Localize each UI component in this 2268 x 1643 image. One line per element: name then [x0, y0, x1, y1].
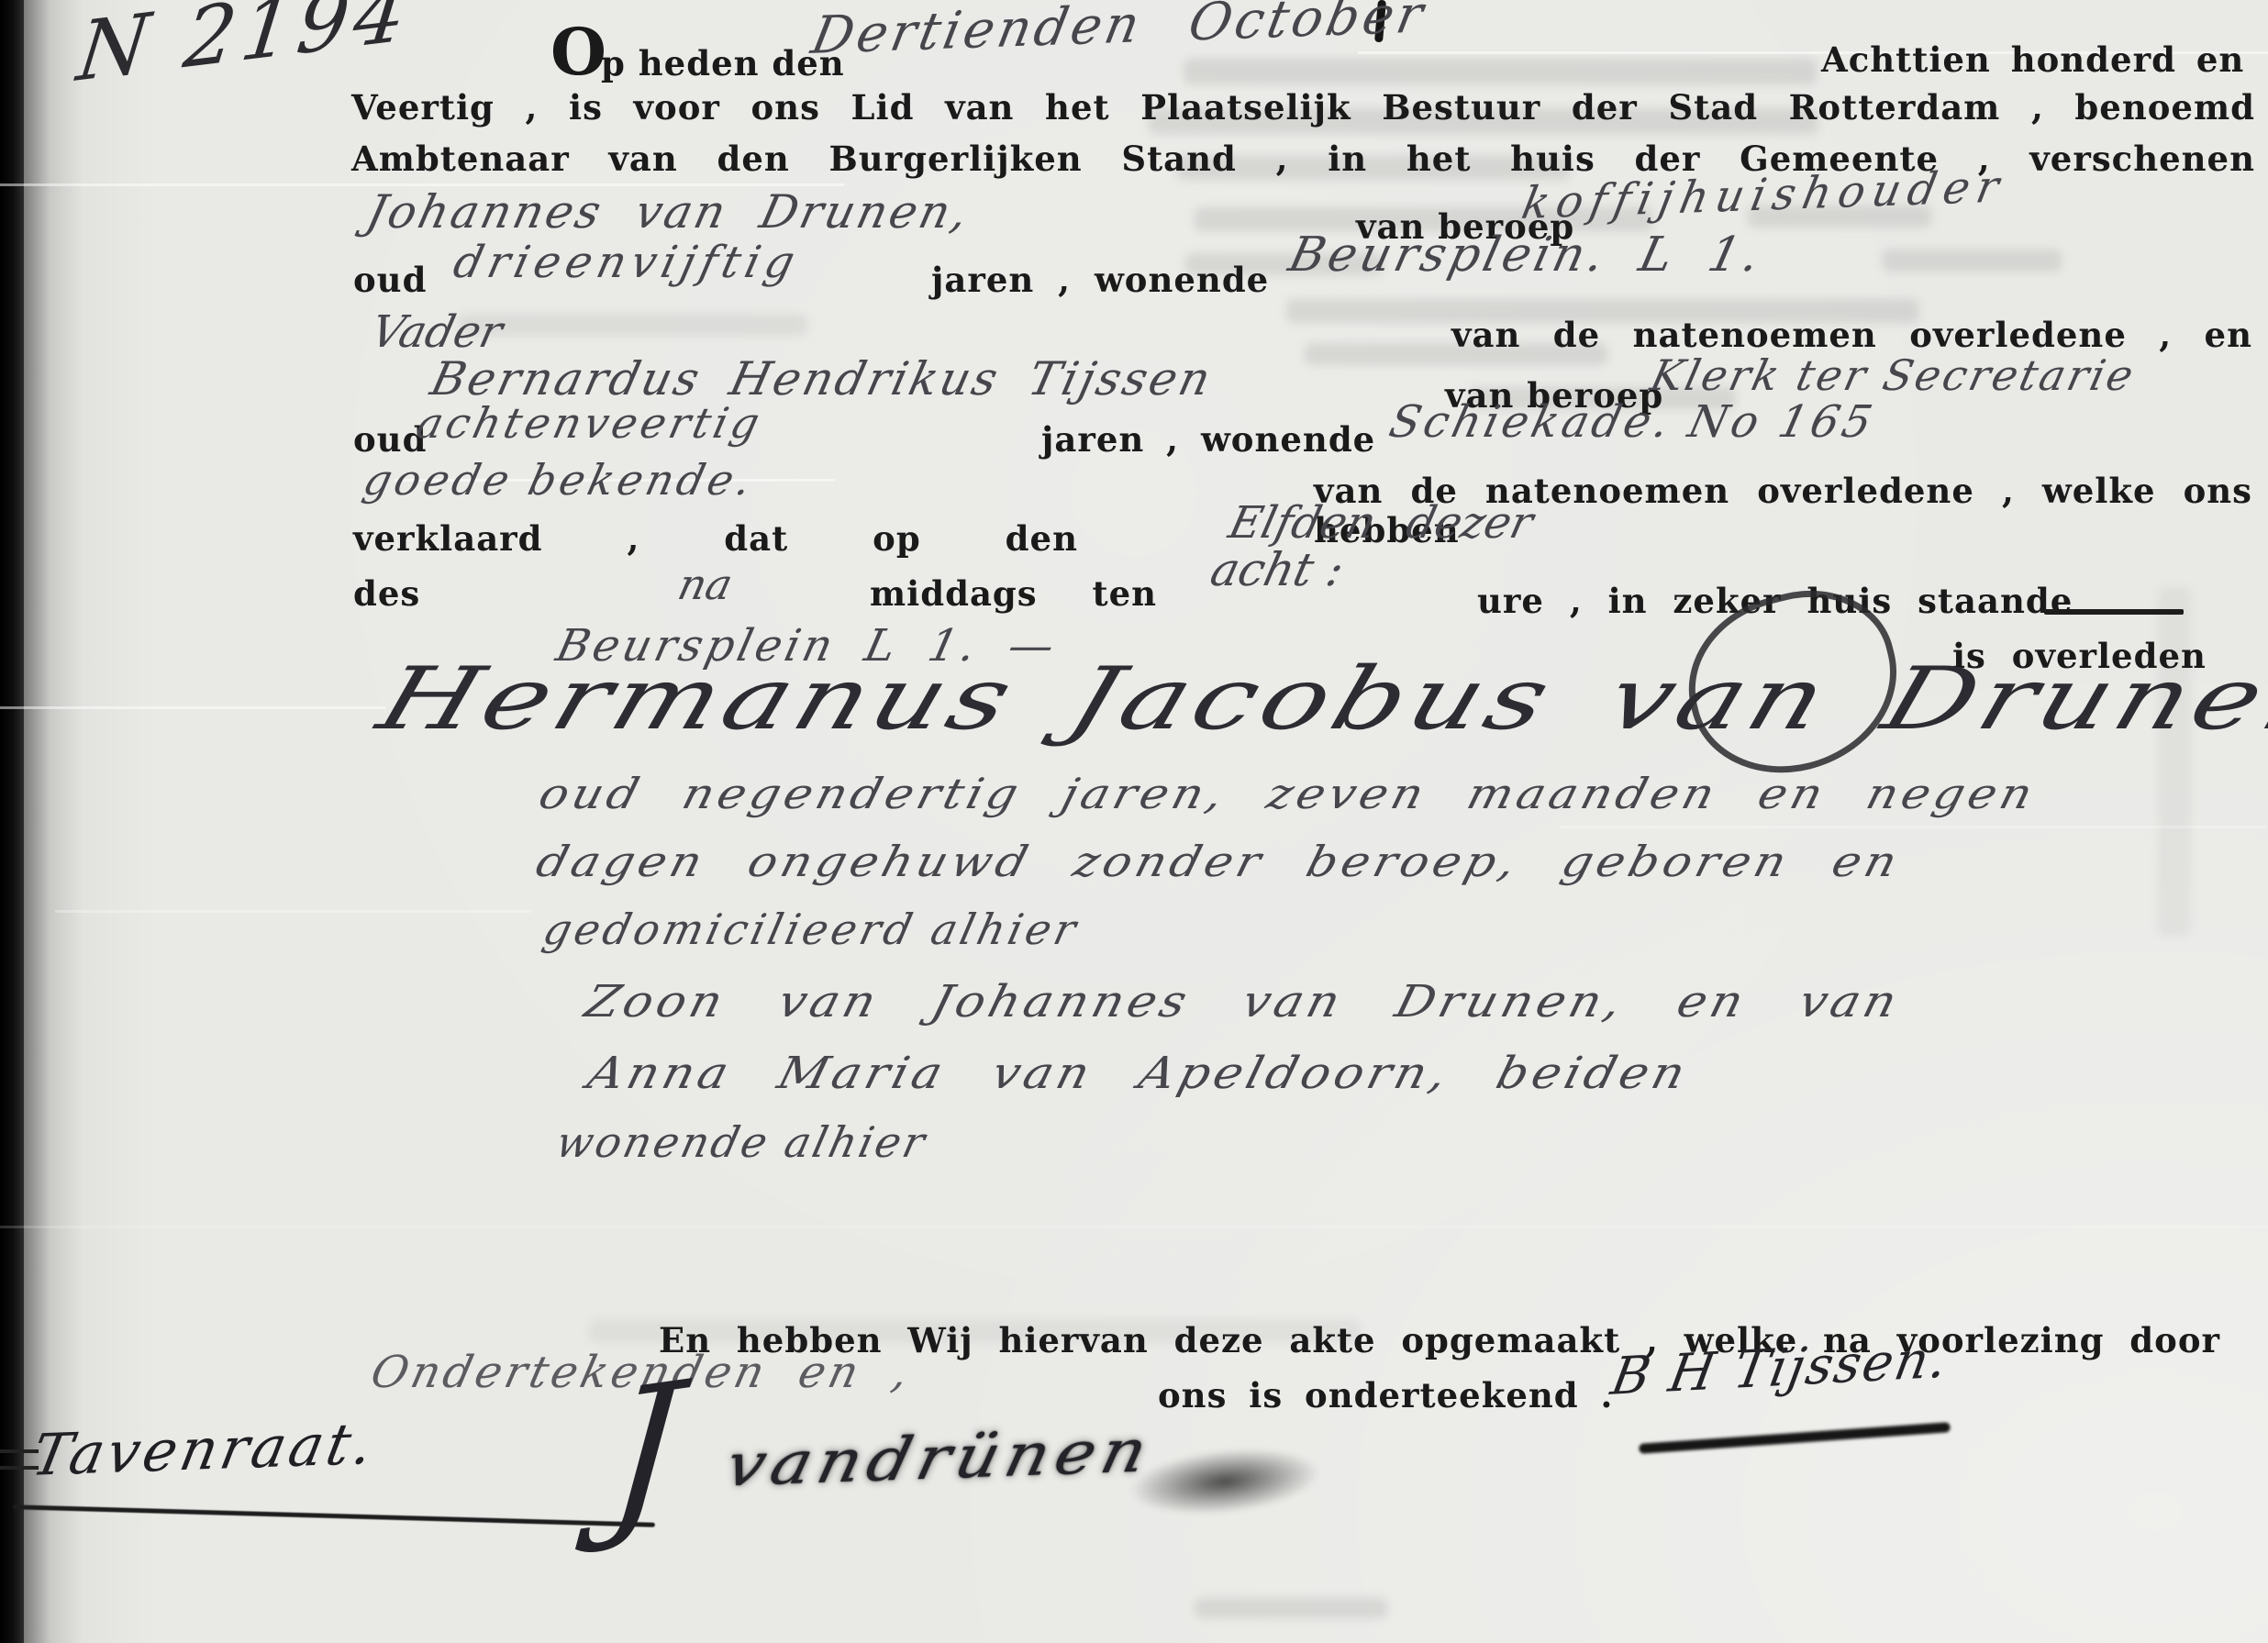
- deceased-details-line1: oud negendertig jaren, zeven maanden en …: [535, 772, 2040, 815]
- death-hour-handwritten: acht :: [1206, 547, 1348, 593]
- signature-tavenraat-underline: [13, 1504, 655, 1527]
- declarant2-relation-handwritten: goede bekende.: [360, 459, 759, 501]
- intro-line2-printed: Veertig , is voor ons Lid van het Plaats…: [351, 88, 2255, 128]
- scan-streak: [55, 910, 532, 913]
- ink-blot: [1126, 1439, 1324, 1524]
- deceased-details-line3: gedomicilieerd alhier: [539, 908, 1084, 950]
- signature-tavenraat: Tavenraat.: [28, 1415, 381, 1484]
- scan-streak: [0, 706, 385, 709]
- intro-op-initial: O: [550, 20, 607, 84]
- deceased-parents-line3: wonende alhier: [552, 1121, 931, 1163]
- declarant2-age-handwritten: achtenveertig: [413, 402, 767, 444]
- intro-date-handwritten: Dertienden October: [807, 0, 1430, 62]
- declarant2-occupation-handwritten: Klerk ter Secretarie: [1647, 354, 2140, 396]
- scan-streak: [1560, 826, 2266, 828]
- death-dash-line: [2044, 609, 2184, 615]
- deceased-name-handwritten: Hermanus Jacobus van Drunen,: [369, 657, 2268, 743]
- closing-line2-printed: ons is onderteekend .: [1158, 1376, 1613, 1415]
- scan-edge-left: [0, 0, 24, 1643]
- bleedthrough-mark: [1195, 1598, 1387, 1618]
- declarant2-residence-label: jaren , wonende: [1041, 420, 1375, 460]
- act-number: N 2194: [73, 0, 416, 94]
- signature-vandrunen: vandrünen: [720, 1422, 1158, 1496]
- bleedthrough-mark: [1184, 59, 1817, 84]
- death-declared-printed: verklaard , dat op den: [353, 519, 1078, 559]
- declarant2-residence-handwritten: Schiekade. No 165: [1385, 400, 1880, 444]
- deceased-details-line2: dagen ongehuwd zonder beroep, geboren en: [532, 840, 1906, 883]
- declarant1-relation-printed: van de natenoemen overledene , en: [1451, 316, 2252, 355]
- declarant1-name-handwritten: Johannes van Drunen,: [362, 189, 974, 235]
- death-middags-printed: middags ten: [870, 574, 1157, 614]
- signature-tijssen: B H Tijssen.: [1607, 1334, 1952, 1404]
- deceased-parents-line2: Anna Maria van Apeldoorn, beiden: [584, 1051, 1694, 1095]
- declarant1-residence-handwritten: Beursplein. L 1.: [1284, 231, 1768, 279]
- signature-tijssen-underline: [1639, 1422, 1951, 1454]
- scan-edge-shadow: [24, 0, 83, 1643]
- declarant1-age-handwritten: drieenvijftig: [450, 240, 804, 284]
- bleedthrough-mark: [459, 314, 807, 336]
- declarant2-name-handwritten: Bernardus Hendrikus Tijssen: [427, 356, 1217, 402]
- scan-streak: [0, 1226, 2268, 1228]
- declarant1-relation-handwritten: Vader: [367, 310, 506, 354]
- deceased-parents-line1: Zoon van Johannes van Drunen, en van: [581, 980, 1906, 1024]
- declarant1-age-label: oud: [353, 261, 427, 300]
- death-des-printed: des: [353, 574, 420, 614]
- bleedthrough-mark: [1883, 250, 2062, 272]
- death-certificate-scan: N 2194 O p heden den Dertienden October …: [0, 0, 2268, 1643]
- declarant1-residence-label: jaren , wonende: [931, 261, 1269, 300]
- intro-year-printed: Achttien honderd en: [1821, 40, 2244, 80]
- death-date-handwritten: Elfden dezer: [1225, 501, 1537, 545]
- death-daypart-handwritten: na: [674, 563, 737, 605]
